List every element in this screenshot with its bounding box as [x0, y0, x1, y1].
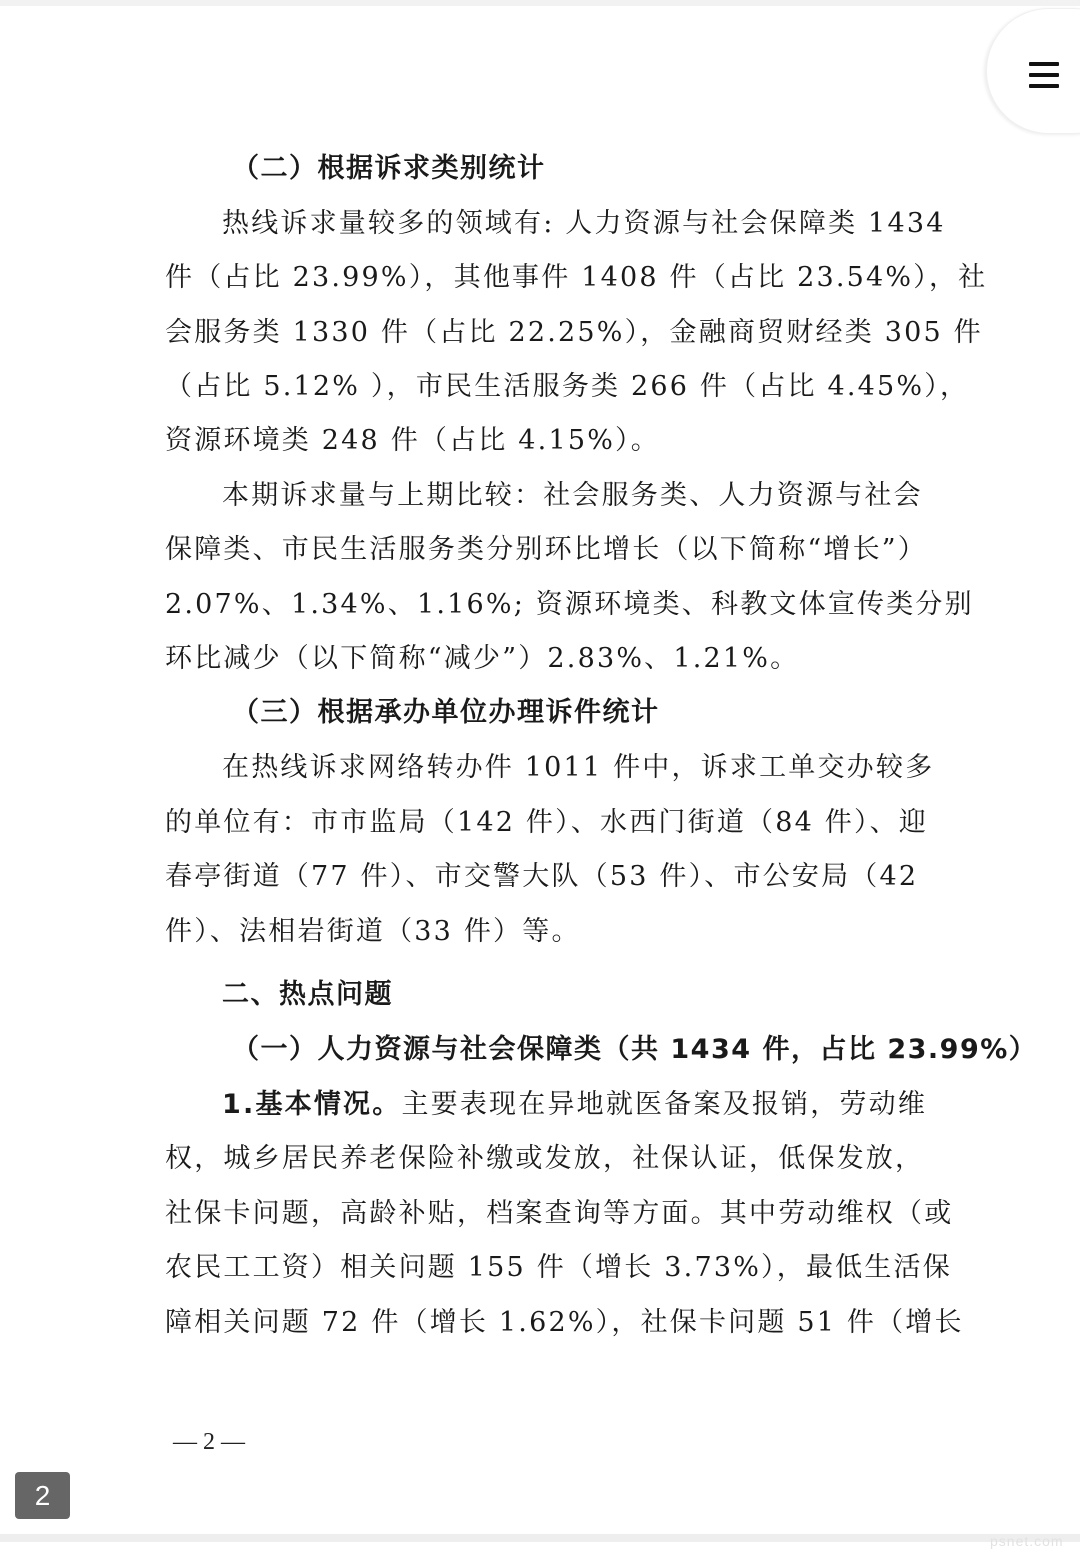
- paragraph-line: 的单位有：市市监局（142 件）、水西门街道（84 件）、迎: [165, 803, 917, 843]
- page-indicator-badge[interactable]: 2: [15, 1472, 70, 1519]
- paragraph-line: 农民工工资）相关问题 155 件（增长 3.73%），最低生活保: [165, 1248, 917, 1288]
- paragraph-line: 障相关问题 72 件（增长 1.62%），社保卡问题 51 件（增长: [165, 1303, 917, 1343]
- paragraph-line: 社保卡问题，高龄补贴，档案查询等方面。其中劳动维权（或: [165, 1194, 917, 1234]
- paragraph-line: 春亭街道（77 件）、市交警大队（53 件）、市公安局（42: [165, 857, 917, 897]
- section-heading-by-category: （二）根据诉求类别统计: [232, 149, 546, 189]
- paragraph-line: 2.07%、1.34%、1.16%; 资源环境类、科教文体宣传类分别: [165, 585, 917, 625]
- paragraph-line: 热线诉求量较多的领域有: 人力资源与社会保障类 1434: [222, 204, 917, 244]
- watermark: psnet.com: [990, 1533, 1064, 1549]
- paragraph-line: 在热线诉求网络转办件 1011 件中，诉求工单交办较多: [222, 748, 917, 788]
- paragraph-text: 主要表现在异地就医备案及报销，劳动维: [401, 1089, 927, 1120]
- bottom-edge: [0, 1534, 1080, 1542]
- paragraph-line: 资源环境类 248 件（占比 4.15%）。: [165, 421, 917, 461]
- page-number: — 2 —: [163, 1424, 255, 1460]
- paragraph-line: （占比 5.12% ），市民生活服务类 266 件（占比 4.45%），: [165, 367, 917, 407]
- paragraph-line: 保障类、市民生活服务类分别环比增长（以下简称“增长”）: [165, 530, 917, 570]
- section-heading-by-unit: （三）根据承办单位办理诉件统计: [232, 693, 660, 733]
- paragraph-line: 件）、法相岩街道（33 件）等。: [165, 912, 917, 952]
- paragraph-line: 本期诉求量与上期比较：社会服务类、人力资源与社会: [222, 476, 917, 516]
- part-heading-hot-issues: 二、热点问题: [222, 975, 393, 1015]
- menu-button[interactable]: [986, 8, 1080, 134]
- paragraph-line: 件（占比 23.99%），其他事件 1408 件（占比 23.54%），社: [165, 258, 917, 298]
- basic-situation-label: 1.基本情况。: [222, 1089, 401, 1120]
- hamburger-menu-icon: [1029, 56, 1059, 86]
- paragraph-line: 环比减少（以下简称“减少”）2.83%、1.21%。: [165, 639, 917, 679]
- subsection-heading-hr-social-security: （一）人力资源与社会保障类（共 1434 件，占比 23.99%）: [232, 1030, 922, 1070]
- paragraph-line: 1.基本情况。主要表现在异地就医备案及报销，劳动维: [222, 1085, 917, 1125]
- paragraph-line: 会服务类 1330 件（占比 22.25%），金融商贸财经类 305 件: [165, 313, 917, 353]
- top-edge: [0, 0, 1080, 6]
- paragraph-line: 权，城乡居民养老保险补缴或发放，社保认证，低保发放，: [165, 1139, 917, 1179]
